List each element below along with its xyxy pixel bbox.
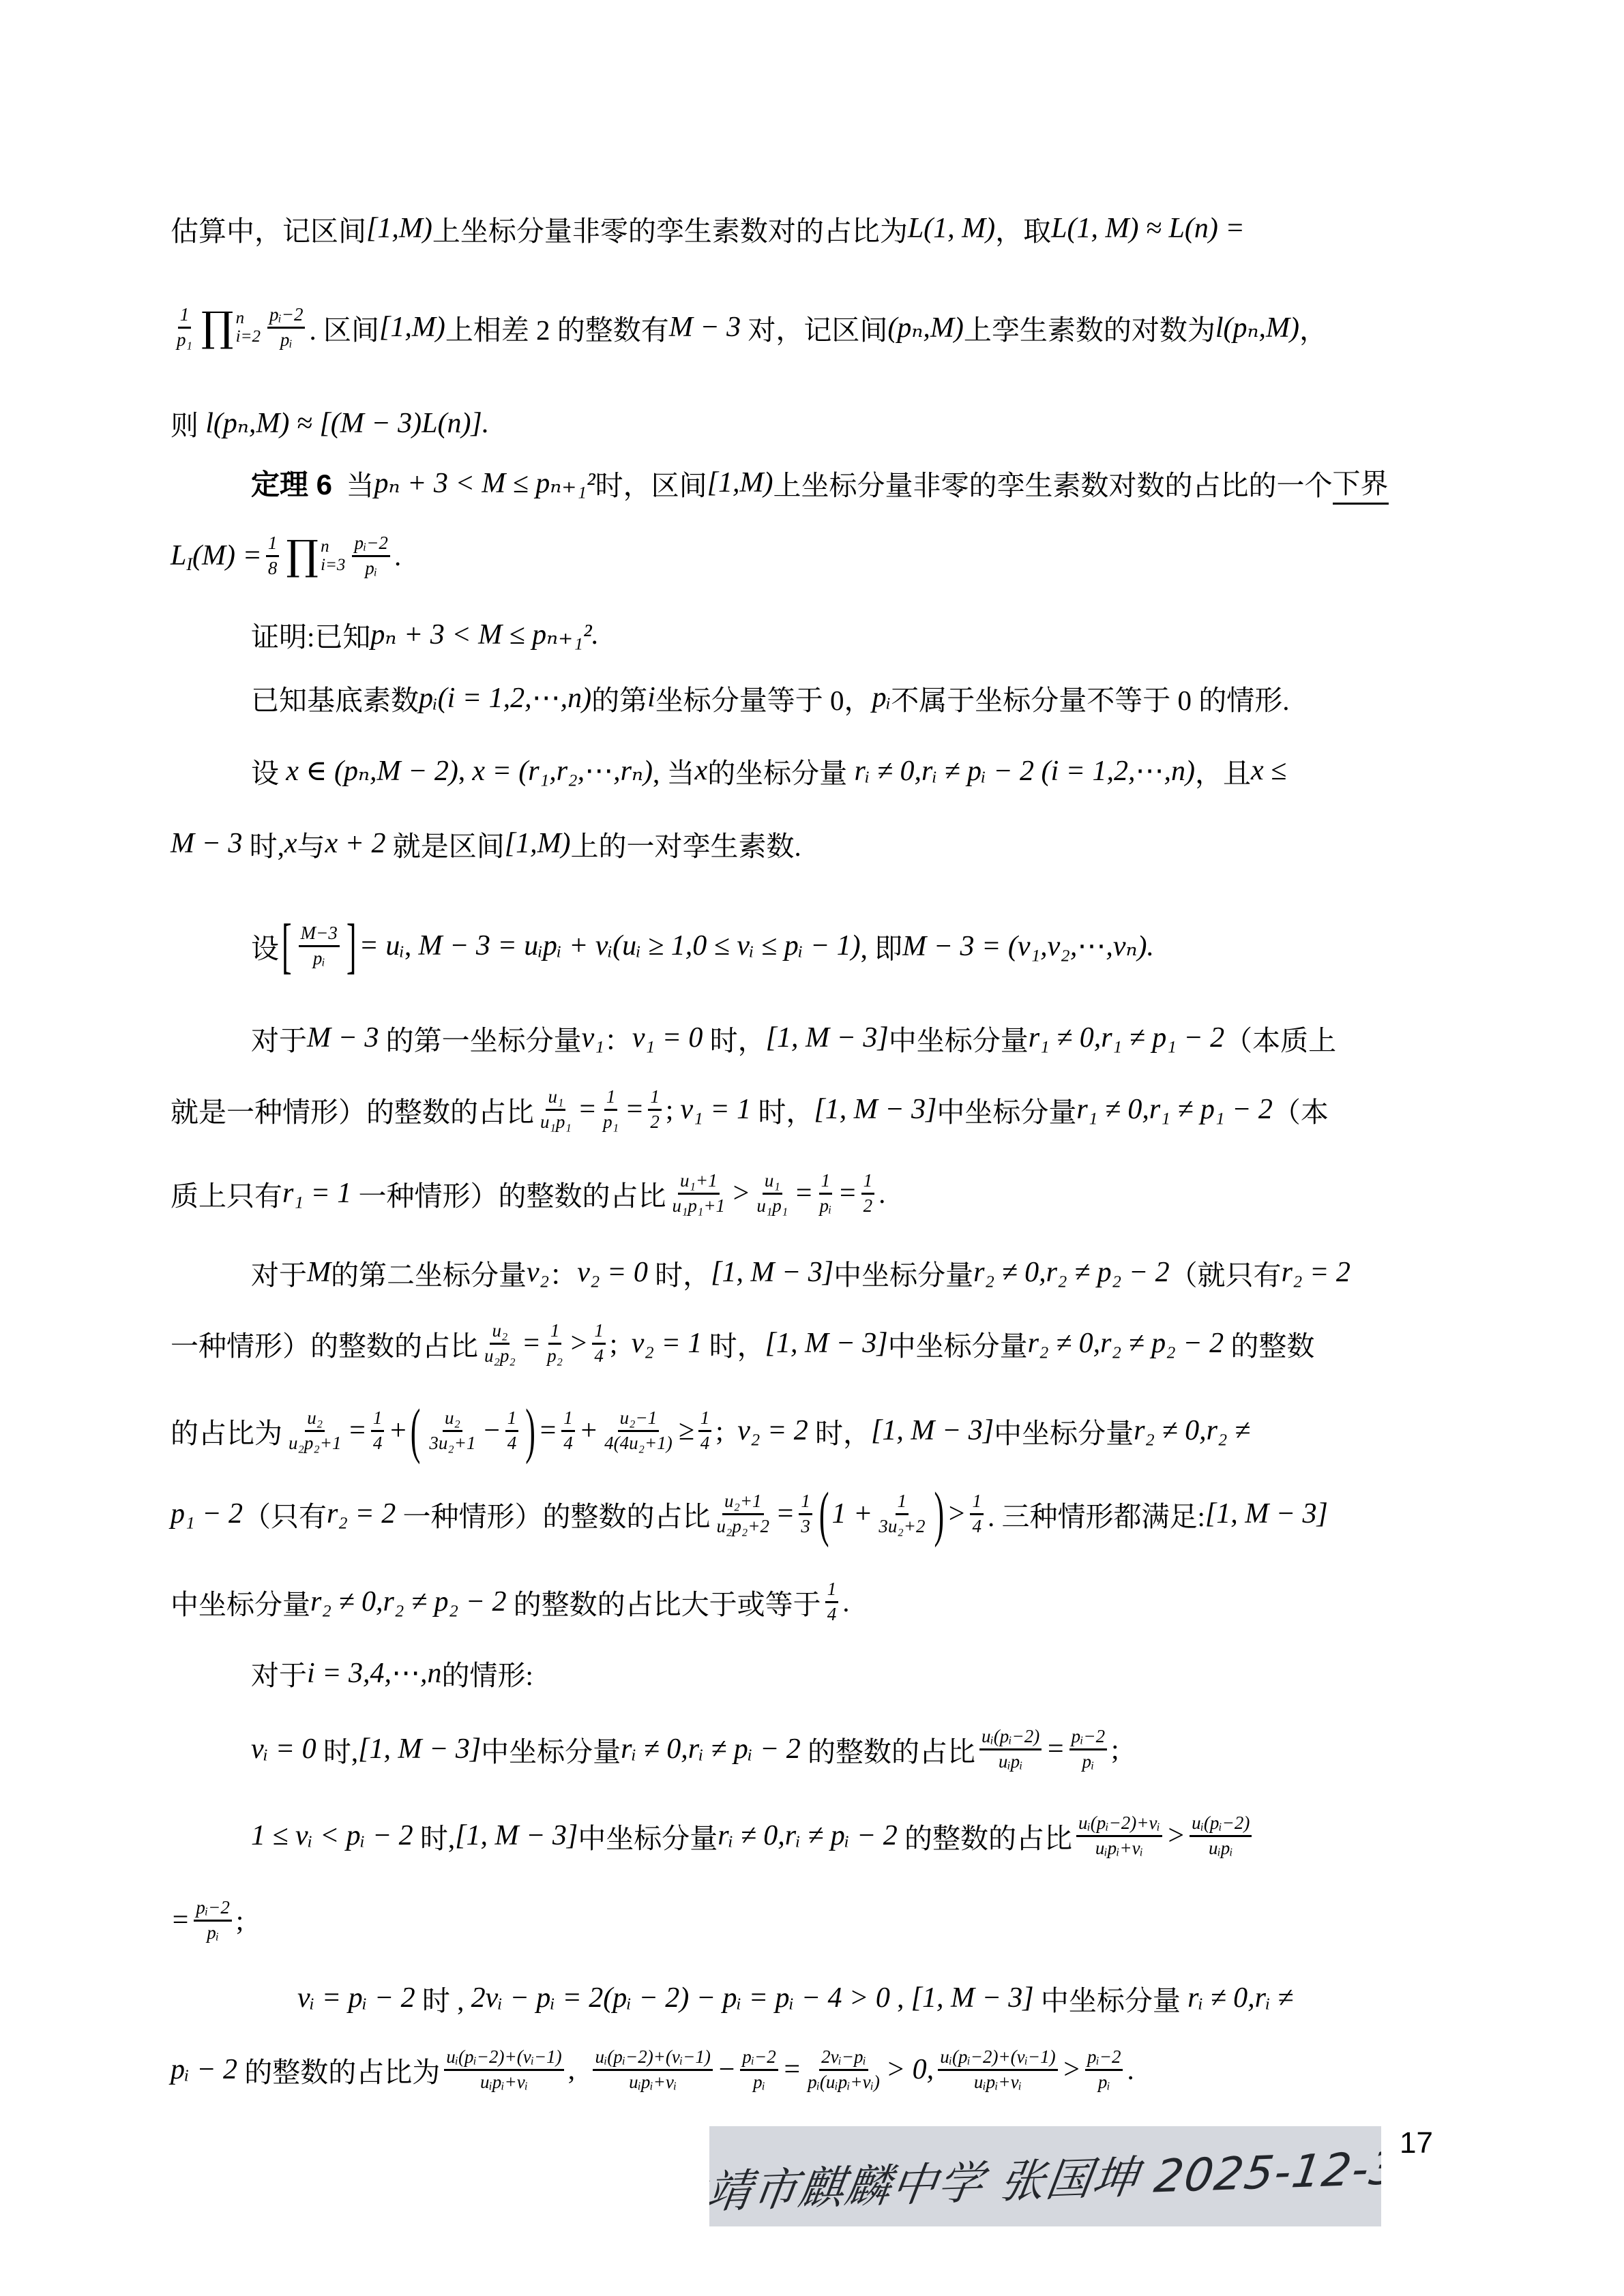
product-upper-limit: n — [236, 309, 261, 328]
math-run: [1, M − 3] — [911, 1982, 1034, 2014]
math-run: [1, M − 3] — [814, 1093, 936, 1126]
text-line: 的占比为u₂u₂p₂+1=14+(u₂3u₂+1−14)=14+u₂−14(4u… — [171, 1386, 1250, 1475]
math-run: x + 2 — [325, 827, 385, 860]
math-run: l(pₙ,M) — [1215, 310, 1299, 344]
math-run: pᵢ — [872, 681, 891, 714]
text-run: 就是区间 — [385, 824, 504, 864]
text-run: ，取 — [995, 209, 1051, 249]
text-line: p₁ − 2（只有r₂ = 2 一种情形）的整数的占比u₂+1u₂p₂+2=13… — [171, 1470, 1328, 1558]
text-run: . 三种情形都满足: — [988, 1494, 1205, 1534]
fraction-denominator: 3u₂+1 — [427, 1432, 477, 1455]
math-run: pₙ + 3 < M ≤ pₙ₊₁² — [374, 466, 595, 500]
math-run: r₂ = 2 — [327, 1497, 396, 1530]
fraction-numerator: u₁ — [763, 1169, 782, 1195]
text-run: 与 — [297, 824, 325, 864]
fraction-denominator: uᵢpᵢ+vᵢ — [1093, 1837, 1145, 1860]
fraction-denominator: 4 — [592, 1345, 606, 1368]
math-run: 2vᵢ − pᵢ = 2(pᵢ − 2) − pᵢ = pᵢ − 4 > 0 — [471, 1982, 890, 2014]
text-run: 的整数 — [1224, 1324, 1314, 1364]
fraction-numerator: pᵢ−2 — [267, 303, 306, 329]
math-run: = — [522, 1327, 541, 1360]
text-run: ; — [236, 1904, 243, 1937]
math-run: vᵢ = pᵢ − 2 — [297, 1982, 415, 2014]
math-run: [1, M − 3] — [766, 1022, 889, 1054]
underlined-run: 下界 — [1333, 461, 1389, 505]
math-run: [1,M) — [707, 466, 773, 499]
fraction-numerator: 1 — [371, 1407, 385, 1432]
math-run: M − 3 = (v₁,v₂,⋯,vₙ). — [902, 929, 1154, 963]
text-run: 则 — [171, 403, 205, 443]
fraction: u₂−14(4u₂+1) — [602, 1407, 675, 1455]
text-run: . — [879, 1177, 885, 1210]
math-run: [1, M − 3] — [358, 1733, 481, 1765]
text-run: 时, — [413, 1816, 456, 1856]
math-run: = — [838, 1177, 857, 1210]
math-run: i — [647, 681, 655, 714]
text-run: 设 — [251, 926, 279, 966]
fraction-denominator: u₂p₂+2 — [715, 1515, 772, 1538]
fraction-numerator: 1 — [604, 1086, 618, 1111]
formula-line: 设[M−3pᵢ]= uᵢ, M − 3 = uᵢpᵢ + vᵢ(uᵢ ≥ 1,0… — [171, 891, 1154, 1000]
math-run: r₂ ≠ 0,r₂ ≠ — [1134, 1414, 1250, 1447]
text-run: 已知基底素数 — [251, 678, 419, 718]
fraction-numerator: u₂ — [490, 1320, 510, 1345]
page: 估算中，记区间[1,M)上坐标分量非零的孪生素数对的占比为L(1, M)，取L(… — [0, 0, 1624, 2296]
fraction-numerator: M−3 — [299, 922, 340, 947]
text-run: 时， — [808, 1411, 871, 1451]
text-run: . — [842, 1585, 849, 1618]
fraction: u₂+1u₂p₂+2 — [715, 1490, 772, 1538]
text-run: 的第一坐标分量 — [379, 1018, 581, 1058]
text-run: 时, — [242, 824, 284, 864]
math-run: = — [538, 1414, 557, 1447]
fraction-denominator: 2 — [861, 1195, 875, 1218]
fraction-numerator: 1 — [505, 1407, 519, 1432]
fraction-numerator: 1 — [561, 1407, 575, 1432]
fraction: pᵢ−2pᵢ — [352, 532, 390, 580]
fraction: 14 — [825, 1578, 839, 1626]
math-run: r₂ = 2 — [1282, 1256, 1350, 1289]
fraction-denominator: u₂p₂+1 — [286, 1432, 344, 1455]
math-run: = — [171, 1904, 190, 1937]
math-run: rᵢ ≠ 0,rᵢ ≠ pᵢ − 2 — [621, 1733, 801, 1765]
fraction-numerator: pᵢ−2 — [352, 532, 390, 557]
fraction-denominator: pᵢ — [363, 557, 379, 580]
text-run: . 区间 — [309, 308, 379, 348]
text-run: 中坐标分量 — [1034, 1978, 1188, 2018]
text-run: 一种情形）的整数的占比 — [396, 1494, 710, 1534]
text-line: 对于i = 3,4,⋯,n的情形: — [171, 1628, 533, 1717]
text-run: 的整数的占比 — [801, 1729, 975, 1770]
math-run: [1,M) — [366, 212, 432, 245]
fraction-numerator: 1 — [548, 1320, 562, 1345]
fraction-denominator: 4 — [970, 1515, 984, 1538]
fraction-denominator: pᵢ — [1080, 1750, 1096, 1774]
fraction-denominator: p₁ — [601, 1111, 621, 1134]
math-run: vᵢ = 0 — [251, 1733, 316, 1765]
text-line: vᵢ = 0 时,[1, M − 3]中坐标分量rᵢ ≠ 0,rᵢ ≠ pᵢ −… — [171, 1705, 1119, 1793]
math-run: [1, M − 3] — [871, 1414, 994, 1447]
fraction-numerator: pᵢ−2 — [1069, 1725, 1108, 1750]
math-run: r₂ ≠ 0,r₂ ≠ p₂ − 2 — [310, 1585, 506, 1618]
fraction-denominator: pᵢ — [278, 329, 295, 352]
text-run: 证明:已知 — [251, 614, 370, 655]
math-run: l(pₙ,M) ≈ [(M − 3)L(n)]. — [205, 406, 489, 440]
text-run: 的整数的占比为 — [237, 2050, 440, 2090]
product-limits: ni=3 — [321, 537, 345, 575]
text-line: 估算中，记区间[1,M)上坐标分量非零的孪生素数对的占比为L(1, M)，取L(… — [171, 184, 1245, 273]
fraction-denominator: 2 — [648, 1111, 662, 1134]
text-run: 质上只有 — [171, 1174, 282, 1214]
text-run: 的整数的占比 — [898, 1816, 1072, 1856]
math-run: 1 ≤ vᵢ < pᵢ − 2 — [251, 1819, 413, 1852]
text-run: （就只有 — [1170, 1253, 1282, 1293]
math-run: > — [1062, 2053, 1081, 2086]
math-run: − — [717, 2053, 736, 2086]
fraction-numerator: u₂+1 — [722, 1490, 764, 1515]
fraction-denominator: 4 — [698, 1432, 712, 1455]
math-run: p₁ − 2 — [171, 1497, 243, 1530]
fraction-numerator: 1 — [896, 1490, 909, 1515]
math-run: > 0, — [886, 2053, 934, 2086]
text-run: 不属于坐标分量不等于 0 的情形. — [891, 678, 1289, 718]
text-line: =pᵢ−2pᵢ; — [171, 1876, 243, 1965]
math-run: v₂ = 1 — [632, 1327, 703, 1360]
text-run: 当 — [332, 463, 374, 503]
fraction: pᵢ−2pᵢ — [1085, 2046, 1123, 2094]
text-run: , 当 — [653, 751, 695, 791]
fraction-denominator: u₁p₁ — [754, 1195, 790, 1218]
fraction-denominator: u₁p₁+1 — [670, 1195, 728, 1218]
text-run: 的第 — [591, 678, 647, 718]
math-run: [1, M − 3] — [765, 1327, 888, 1360]
fraction-numerator: pᵢ−2 — [194, 1896, 232, 1922]
text-run: 时， — [751, 1090, 814, 1130]
fraction-numerator: 2vᵢ−pᵢ — [819, 2046, 868, 2071]
fraction-numerator: uᵢ(pᵢ−2)+vᵢ — [1076, 1812, 1162, 1837]
fraction-denominator: 4 — [561, 1432, 575, 1455]
fraction: uᵢ(pᵢ−2)+(vᵢ−1)uᵢpᵢ+vᵢ — [938, 2046, 1057, 2094]
text-run: ; — [1111, 1733, 1119, 1765]
math-run: v₂ = 0 — [577, 1256, 648, 1289]
math-run: M − 3 — [307, 1022, 379, 1054]
fraction: u₁u₁p₁ — [538, 1086, 574, 1134]
math-run: = — [625, 1093, 644, 1126]
fraction-numerator: uᵢ(pᵢ−2)+(vᵢ−1) — [593, 2046, 712, 2071]
fraction-denominator: pᵢ — [311, 947, 327, 970]
math-run: v₂ = 2 — [737, 1414, 808, 1447]
fraction-denominator: 3u₂+2 — [876, 1515, 927, 1538]
fraction-numerator: 1 — [825, 1578, 839, 1603]
text-run: （只有 — [243, 1494, 327, 1534]
math-run: + — [388, 1414, 407, 1447]
text-line: M − 3 时,x与x + 2 就是区间[1,M)上的一对孪生素数. — [171, 799, 801, 888]
fraction-denominator: 3 — [799, 1515, 812, 1538]
fraction-numerator: u₂ — [443, 1407, 462, 1432]
text-run: ; — [666, 1093, 681, 1126]
fraction: pᵢ−2pᵢ — [194, 1896, 232, 1945]
text-run: 对于 — [251, 1653, 307, 1693]
text-run: 中坐标分量 — [889, 1018, 1029, 1058]
fraction: 1p₂ — [545, 1320, 565, 1368]
fraction-numerator: uᵢ(pᵢ−2) — [1190, 1812, 1252, 1837]
math-run: L(1, M) — [908, 212, 995, 245]
text-run: 上的一对孪生素数. — [571, 824, 801, 864]
math-run: [1, M − 3] — [1205, 1497, 1328, 1530]
math-run: [1,M) — [379, 311, 445, 344]
text-run: , — [458, 754, 473, 787]
fraction: 1p₁ — [175, 303, 194, 352]
text-run: 中坐标分量 — [936, 1090, 1076, 1130]
fraction-denominator: uᵢpᵢ+vᵢ — [972, 2071, 1024, 2094]
fraction: 14 — [970, 1490, 984, 1538]
text-run: 的占比为 — [171, 1411, 282, 1451]
fraction-numerator: 1 — [698, 1407, 712, 1432]
fraction: 14 — [698, 1407, 712, 1455]
text-run: 上孪生素数的对数为 — [964, 308, 1215, 348]
fraction-denominator: uᵢpᵢ — [996, 1750, 1025, 1774]
text-run: 上坐标分量非零的孪生素数对的占比为 — [432, 209, 908, 249]
fraction-numerator: 1 — [648, 1086, 662, 1111]
text-line: 1p₁∏ni=2pᵢ−2pᵢ. 区间[1,M)上相差 2 的整数有M − 3 对… — [171, 283, 1327, 372]
fraction-numerator: u₁ — [546, 1086, 565, 1111]
handwritten-signature: 曲靖市麒麟中学 张国坤 2025-12-30 — [709, 2130, 1381, 2222]
math-run: r₂ ≠ 0,r₂ ≠ p₂ − 2 — [973, 1256, 1169, 1289]
math-run: [1, M − 3] — [711, 1256, 833, 1289]
product-lower-limit: i=3 — [321, 556, 345, 575]
text-line: 质上只有r₁ = 1 一种情形）的整数的占比u₁+1u₁p₁+1>u₁u₁p₁=… — [171, 1149, 885, 1238]
text-run: ， — [1299, 308, 1327, 348]
text-line: 一种情形）的整数的占比u₂u₂p₂=1p₂>14; v₂ = 1 时，[1, M… — [171, 1299, 1314, 1388]
text-run: 时 , — [415, 1978, 471, 2018]
text-run: 坐标分量等于 0， — [655, 678, 872, 718]
fraction-denominator: u₂p₂ — [482, 1345, 518, 1368]
text-run: ; — [715, 1414, 737, 1447]
fraction-denominator: p₂ — [545, 1345, 565, 1368]
math-run: pₙ + 3 < M ≤ pₙ₊₁². — [370, 617, 599, 651]
fraction: 12 — [861, 1169, 875, 1218]
fraction-denominator: uᵢpᵢ+vᵢ — [478, 2071, 530, 2094]
text-run: ; — [610, 1327, 632, 1360]
fraction-denominator: pᵢ — [818, 1195, 834, 1218]
text-run: ，且 — [1195, 751, 1251, 791]
fraction: 13 — [799, 1490, 812, 1538]
text-run: 就是一种情形）的整数的占比 — [171, 1090, 534, 1130]
fraction: 12 — [648, 1086, 662, 1134]
text-run: （本质上 — [1224, 1018, 1336, 1058]
text-run: 一种情形）的整数的占比 — [171, 1324, 478, 1364]
fraction: 1pᵢ — [818, 1169, 834, 1218]
fraction: M−3pᵢ — [299, 922, 340, 970]
text-run: 对于 — [251, 1253, 307, 1293]
product-limits: ni=2 — [236, 309, 261, 346]
math-run: M − 3 — [171, 827, 242, 860]
text-run: 对，记区间 — [741, 308, 887, 348]
math-run: i = 3,4,⋯,n — [307, 1656, 442, 1690]
subscript-run: I — [186, 554, 192, 575]
text-run: 中坐标分量 — [833, 1253, 973, 1293]
fraction-denominator: uᵢpᵢ — [1207, 1837, 1235, 1860]
math-run: rᵢ ≠ 0,rᵢ ≠ pᵢ − 2 — [718, 1819, 898, 1852]
math-run: > — [1166, 1819, 1185, 1852]
text-run: . — [394, 539, 401, 572]
fraction-numerator: uᵢ(pᵢ−2)+(vᵢ−1) — [938, 2046, 1057, 2071]
fraction-numerator: 1 — [799, 1490, 812, 1515]
math-run: 1 + — [832, 1497, 873, 1530]
text-run: 的坐标分量 — [707, 751, 854, 791]
math-run: v₁ = 1 — [681, 1093, 752, 1126]
text-run: 中坐标分量 — [481, 1729, 621, 1770]
big-bracket: ( — [411, 1395, 421, 1467]
fraction-numerator: 1 — [819, 1169, 833, 1195]
text-line: 1 ≤ vᵢ < pᵢ − 2 时,[1, M − 3]中坐标分量rᵢ ≠ 0,… — [171, 1791, 1256, 1880]
fraction: 1p₁ — [601, 1086, 621, 1134]
fraction: pᵢ−2pᵢ — [1069, 1725, 1108, 1774]
fraction: u₂u₂p₂ — [482, 1320, 518, 1368]
math-run: [1, M − 3] — [455, 1819, 578, 1852]
product-operator: ∏ni=2 — [201, 307, 261, 348]
text-run: 上相差 2 的整数有 — [445, 308, 669, 348]
math-run: x = (r₁,r₂,⋯,rₙ) — [472, 754, 653, 788]
text-run: 的整数的占比大于或等于 — [506, 1582, 821, 1622]
math-run: = — [776, 1497, 795, 1530]
math-run: (M) = — [192, 539, 262, 572]
big-bracket: ] — [346, 910, 357, 982]
fraction-denominator: 4 — [825, 1603, 839, 1626]
text-run: 中坐标分量 — [171, 1582, 310, 1622]
fraction: u₂3u₂+1 — [427, 1407, 477, 1455]
fraction-denominator: uᵢpᵢ+vᵢ — [627, 2071, 679, 2094]
fraction-denominator: pᵢ — [751, 2071, 767, 2094]
math-run: x ∈ (pₙ,M − 2) — [286, 754, 458, 788]
fraction: u₁+1u₁p₁+1 — [670, 1169, 728, 1218]
fraction-numerator: uᵢ(pᵢ−2) — [979, 1725, 1042, 1750]
fraction: uᵢ(pᵢ−2)+(vᵢ−1)uᵢpᵢ+vᵢ — [444, 2046, 563, 2094]
fraction-numerator: pᵢ−2 — [1085, 2046, 1123, 2071]
fraction-denominator: 4(4u₂+1) — [602, 1432, 675, 1455]
math-run: M — [307, 1256, 331, 1289]
text-run: 中坐标分量 — [994, 1411, 1134, 1451]
math-run: x ≤ — [1251, 754, 1286, 787]
fraction-numerator: u₂ — [305, 1407, 325, 1432]
text-run: , — [568, 2053, 589, 2086]
fraction: 2vᵢ−pᵢpᵢ(uᵢpᵢ+vᵢ) — [806, 2046, 882, 2094]
math-run: rᵢ ≠ 0,rᵢ ≠ pᵢ − 2 (i = 1,2,⋯,n) — [854, 754, 1195, 788]
math-run: x — [284, 827, 297, 860]
math-run: L — [171, 539, 186, 572]
math-run: r₁ ≠ 0,r₁ ≠ p₁ − 2 — [1076, 1093, 1272, 1126]
fraction-numerator: pᵢ−2 — [740, 2046, 778, 2071]
text-run: 时， — [702, 1324, 765, 1364]
fraction-numerator: uᵢ(pᵢ−2)+(vᵢ−1) — [444, 2046, 563, 2071]
math-run: > — [731, 1177, 750, 1210]
fraction-denominator: pᵢ — [1096, 2071, 1112, 2094]
math-run: > — [947, 1497, 966, 1530]
product-symbol: ∏ — [286, 535, 319, 576]
math-run: x — [695, 754, 708, 787]
math-run: M − 3 — [669, 311, 741, 344]
text-run: ： — [604, 1018, 632, 1058]
big-bracket: ) — [525, 1395, 535, 1467]
text-run: 时， — [648, 1253, 711, 1293]
text-run: （本 — [1273, 1090, 1329, 1130]
fraction: 18 — [266, 532, 280, 580]
fraction-denominator: 4 — [371, 1432, 385, 1455]
fraction-denominator: u₁p₁ — [538, 1111, 574, 1134]
fraction-numerator: 1 — [861, 1169, 875, 1195]
text-run: 中坐标分量 — [888, 1324, 1028, 1364]
product-symbol: ∏ — [201, 307, 234, 348]
math-run: = — [782, 2053, 801, 2086]
text-line: 就是一种情形）的整数的占比u₁u₁p₁=1p₁=12; v₁ = 1 时，[1,… — [171, 1065, 1329, 1154]
text-run: 的情形: — [442, 1653, 533, 1693]
math-run: = — [578, 1093, 597, 1126]
math-run: pᵢ − 2 — [171, 2053, 237, 2086]
math-run: rᵢ ≠ 0,rᵢ ≠ — [1187, 1982, 1293, 2014]
math-run: r₂ ≠ 0,r₂ ≠ p₂ − 2 — [1028, 1327, 1224, 1360]
fraction: uᵢ(pᵢ−2)+vᵢuᵢpᵢ+vᵢ — [1076, 1812, 1162, 1860]
big-bracket: ( — [819, 1478, 829, 1550]
product-upper-limit: n — [321, 537, 345, 556]
math-run: v₁ = 0 — [632, 1022, 703, 1054]
fraction-denominator: pᵢ(uᵢpᵢ+vᵢ) — [806, 2071, 882, 2094]
fraction: uᵢ(pᵢ−2)+(vᵢ−1)uᵢpᵢ+vᵢ — [593, 2046, 712, 2094]
text-run: , — [404, 929, 419, 962]
math-run: (pₙ,M) — [887, 310, 963, 344]
text-run: 中坐标分量 — [578, 1816, 718, 1856]
fraction: 14 — [505, 1407, 519, 1455]
math-run: > — [569, 1327, 588, 1360]
math-run: = — [794, 1177, 813, 1210]
product-operator: ∏ni=3 — [286, 535, 345, 576]
math-run: ≥ — [679, 1414, 694, 1447]
math-run: L(1, M) ≈ L(n) = — [1051, 212, 1245, 245]
text-line: pᵢ − 2 的整数的占比为uᵢ(pᵢ−2)+(vᵢ−1)uᵢpᵢ+vᵢ, uᵢ… — [171, 2025, 1134, 2114]
math-run: r₁ ≠ 0,r₁ ≠ p₁ − 2 — [1029, 1022, 1224, 1054]
fraction-denominator: 8 — [266, 557, 280, 580]
text-run: 时，区间 — [595, 463, 707, 503]
text-run: ： — [549, 1253, 577, 1293]
text-run: , 即 — [861, 926, 903, 966]
product-lower-limit: i=2 — [236, 327, 261, 346]
fraction: pᵢ−2pᵢ — [267, 303, 306, 352]
text-run: 的第二坐标分量 — [331, 1253, 527, 1293]
fraction-numerator: 1 — [266, 532, 280, 557]
fraction-denominator: pᵢ — [205, 1922, 221, 1945]
fraction: 14 — [592, 1320, 606, 1368]
math-run: v₁ — [582, 1022, 604, 1054]
fraction-numerator: 1 — [178, 303, 192, 329]
fraction-denominator: p₁ — [175, 329, 194, 352]
formula-line: LI(M) =18∏ni=3pᵢ−2pᵢ. — [171, 511, 401, 600]
signature-photo-strip: 曲靖市麒麟中学 张国坤 2025-12-30 — [709, 2126, 1381, 2226]
fraction: uᵢ(pᵢ−2)uᵢpᵢ — [979, 1725, 1042, 1774]
fraction: uᵢ(pᵢ−2)uᵢpᵢ — [1190, 1812, 1252, 1860]
text-run: 对于 — [251, 1018, 307, 1058]
text-run: . — [1127, 2053, 1134, 2086]
text-run: 时， — [703, 1018, 765, 1058]
bold-heading-run: 定理 6 — [251, 462, 332, 503]
fraction: 14 — [561, 1407, 575, 1455]
fraction: 14 — [371, 1407, 385, 1455]
fraction: pᵢ−2pᵢ — [740, 2046, 778, 2094]
fraction: u₁u₁p₁ — [754, 1169, 790, 1218]
math-run: [1,M) — [505, 827, 571, 860]
fraction: u₂u₂p₂+1 — [286, 1407, 344, 1455]
page-number: 17 — [1400, 2126, 1433, 2160]
math-run: = uᵢ — [359, 929, 405, 962]
math-run: M − 3 = uᵢpᵢ + vᵢ(uᵢ ≥ 1,0 ≤ vᵢ ≤ pᵢ − 1… — [419, 929, 861, 962]
